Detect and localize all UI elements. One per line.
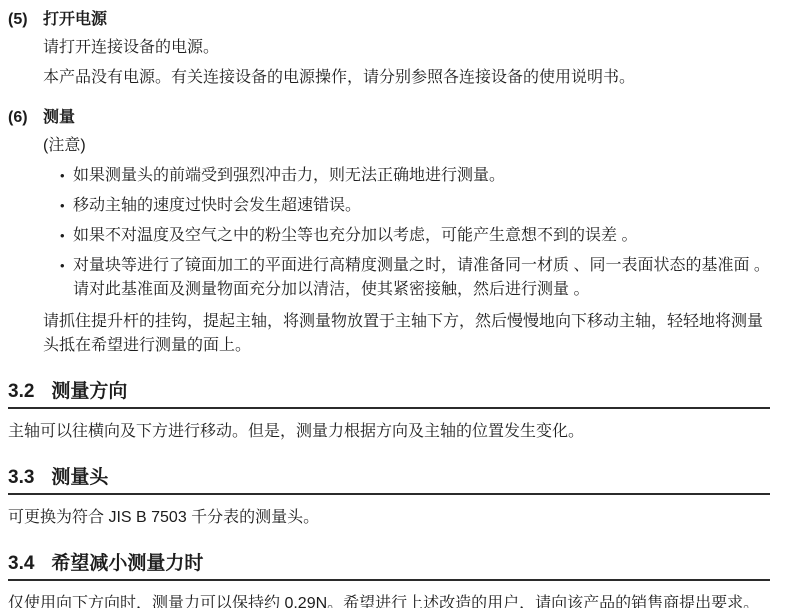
section-3-3: 3.3 测量头 可更换为符合 JIS B 7503 千分表的测量头。 — [8, 466, 770, 530]
bullet-icon: • — [60, 254, 73, 302]
item-title: 测量 — [43, 108, 75, 128]
manual-page: (5) 打开电源 请打开连接设备的电源。 本产品没有电源。有关连接设备的电源操作… — [0, 0, 800, 608]
item-title: 打开电源 — [43, 10, 107, 30]
bullet-icon: • — [60, 224, 73, 248]
bullet-text: 如果测量头的前端受到强烈冲击力，则无法正确地进行测量。 — [73, 164, 770, 188]
list-item: • 对量块等进行了镜面加工的平面进行高精度测量之时，请准备同一材质 、同一表面状… — [43, 254, 770, 302]
list-item: • 移动主轴的速度过快时会发生超速错误。 — [43, 194, 770, 218]
section-title: 希望减小测量力时 — [51, 552, 203, 575]
list-item: • 如果不对温度及空气之中的粉尘等也充分加以考虑，可能产生意想不到的误差 。 — [43, 224, 770, 248]
item-body: 请打开连接设备的电源。 本产品没有电源。有关连接设备的电源操作，请分别参照各连接… — [8, 36, 770, 90]
section-3-2: 3.2 测量方向 主轴可以往横向及下方进行移动。但是，测量力根据方向及主轴的位置… — [8, 380, 770, 444]
section-number: 3.4 — [8, 552, 34, 575]
item-heading: (5) 打开电源 — [8, 10, 770, 30]
section-body: 可更换为符合 JIS B 7503 千分表的测量头。 — [8, 506, 770, 530]
section-body: 主轴可以往横向及下方进行移动。但是，测量力根据方向及主轴的位置发生变化。 — [8, 420, 770, 444]
item-number: (5) — [8, 10, 43, 30]
paragraph: 请打开连接设备的电源。 — [43, 36, 770, 60]
paragraph: 本产品没有电源。有关连接设备的电源操作，请分别参照各连接设备的使用说明书。 — [43, 66, 770, 90]
numbered-item-6: (6) 测量 (注意) • 如果测量头的前端受到强烈冲击力，则无法正确地进行测量… — [8, 108, 770, 358]
item-heading: (6) 测量 — [8, 108, 770, 128]
section-heading: 3.2 测量方向 — [8, 380, 770, 409]
bullet-text: 如果不对温度及空气之中的粉尘等也充分加以考虑，可能产生意想不到的误差 。 — [73, 224, 770, 248]
item-body: (注意) • 如果测量头的前端受到强烈冲击力，则无法正确地进行测量。 • 移动主… — [8, 134, 770, 358]
bullet-text: 移动主轴的速度过快时会发生超速错误。 — [73, 194, 770, 218]
section-title: 测量头 — [51, 466, 108, 489]
bullet-icon: • — [60, 164, 73, 188]
section-3-4: 3.4 希望减小测量力时 仅使用向下方向时，测量力可以保持约 0.29N。希望进… — [8, 552, 770, 608]
note-label: (注意) — [43, 134, 770, 158]
bullet-list: • 如果测量头的前端受到强烈冲击力，则无法正确地进行测量。 • 移动主轴的速度过… — [43, 164, 770, 302]
section-title: 测量方向 — [51, 380, 127, 403]
numbered-item-5: (5) 打开电源 请打开连接设备的电源。 本产品没有电源。有关连接设备的电源操作… — [8, 10, 770, 90]
bullet-icon: • — [60, 194, 73, 218]
list-item: • 如果测量头的前端受到强烈冲击力，则无法正确地进行测量。 — [43, 164, 770, 188]
section-heading: 3.3 测量头 — [8, 466, 770, 495]
bullet-text: 对量块等进行了镜面加工的平面进行高精度测量之时，请准备同一材质 、同一表面状态的… — [73, 254, 770, 302]
paragraph: 请抓住提升杆的挂钩，提起主轴，将测量物放置于主轴下方，然后慢慢地向下移动主轴，轻… — [43, 310, 770, 358]
item-number: (6) — [8, 108, 43, 128]
section-number: 3.3 — [8, 466, 34, 489]
section-heading: 3.4 希望减小测量力时 — [8, 552, 770, 581]
section-body: 仅使用向下方向时，测量力可以保持约 0.29N。希望进行上述改造的用户，请向该产… — [8, 592, 770, 608]
section-number: 3.2 — [8, 380, 34, 403]
